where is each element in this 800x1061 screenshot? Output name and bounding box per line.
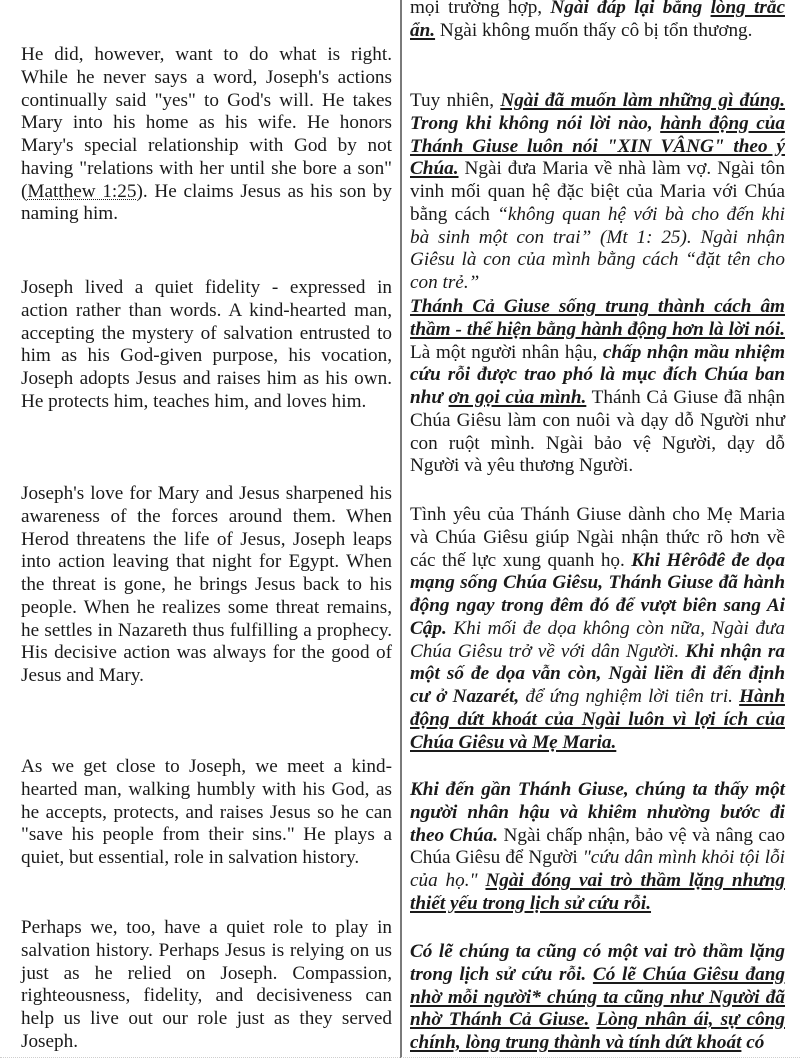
- vietnamese-paragraph-0: mọi trường hợp, Ngài đáp lại bằng lòng t…: [410, 0, 785, 43]
- english-paragraph-1: He did, however, want to do what is righ…: [21, 44, 392, 226]
- english-paragraph-4: As we get close to Joseph, we meet a kin…: [21, 756, 392, 870]
- english-paragraph-5: Perhaps we, too, have a quiet role to pl…: [21, 917, 392, 1054]
- vietnamese-paragraph-5: Có lẽ chúng ta cũng có một vai trò thầm …: [410, 941, 785, 1055]
- vietnamese-paragraph-1: Tuy nhiên, Ngài đã muốn làm những gì đún…: [410, 90, 785, 295]
- english-paragraph-2: Joseph lived a quiet fidelity - expresse…: [21, 277, 392, 414]
- vietnamese-paragraph-4: Khi đến gần Thánh Giuse, chúng ta thấy m…: [410, 779, 785, 916]
- bilingual-document: He did, however, want to do what is righ…: [0, 0, 800, 1061]
- english-paragraph-3: Joseph's love for Mary and Jesus sharpen…: [21, 483, 392, 688]
- matthew-scripture-link[interactable]: Matthew 1:25: [27, 181, 136, 202]
- bottom-dotted-rule: [0, 1057, 800, 1058]
- vietnamese-paragraph-3: Tình yêu của Thánh Giuse dành cho Mẹ Mar…: [410, 504, 785, 754]
- column-divider: [400, 0, 402, 1058]
- vietnamese-paragraph-2: Thánh Cả Giuse sống trung thành cách âm …: [410, 296, 785, 478]
